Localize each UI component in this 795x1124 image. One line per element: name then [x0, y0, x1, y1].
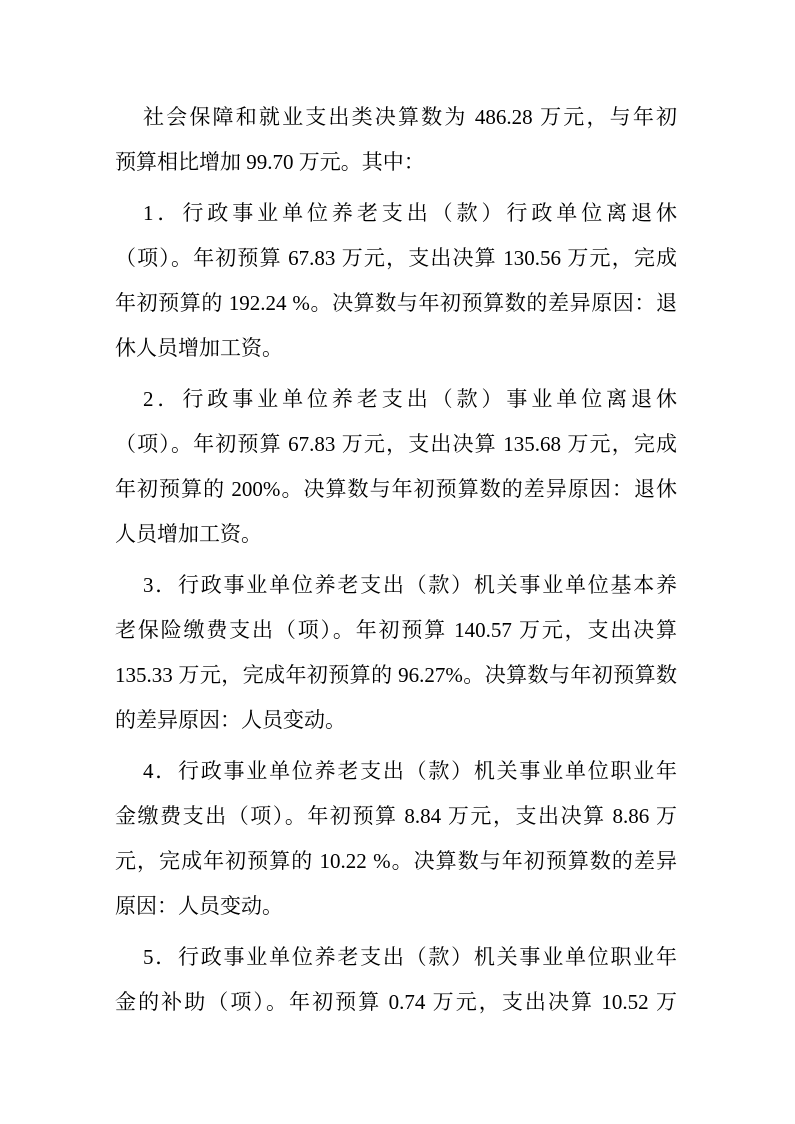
paragraph-item-2: 2．行政事业单位养老支出（款）事业单位离退休（项）。年初预算 67.83 万元，…	[115, 377, 677, 557]
text-line: 人员增加工资。	[115, 512, 677, 557]
text-line: 1．行政事业单位养老支出（款）行政单位离退休	[115, 191, 677, 236]
text-line: 金缴费支出（项）。年初预算 8.84 万元，支出决算 8.86 万	[115, 794, 677, 839]
paragraph-item-4: 4．行政事业单位养老支出（款）机关事业单位职业年金缴费支出（项）。年初预算 8.…	[115, 749, 677, 929]
text-line: （项）。年初预算 67.83 万元，支出决算 135.68 万元，完成	[115, 422, 677, 467]
text-line: 金的补助（项）。年初预算 0.74 万元，支出决算 10.52 万	[115, 980, 677, 1025]
text-line: 年初预算的 200%。决算数与年初预算数的差异原因：退休	[115, 467, 677, 512]
document-body: 社会保障和就业支出类决算数为 486.28 万元，与年初预算相比增加 99.70…	[115, 95, 677, 1025]
document-page: 社会保障和就业支出类决算数为 486.28 万元，与年初预算相比增加 99.70…	[0, 0, 795, 1124]
text-line: （项）。年初预算 67.83 万元，支出决算 130.56 万元，完成	[115, 236, 677, 281]
text-line: 4．行政事业单位养老支出（款）机关事业单位职业年	[115, 749, 677, 794]
text-line: 135.33 万元，完成年初预算的 96.27%。决算数与年初预算数	[115, 653, 677, 698]
text-line: 2．行政事业单位养老支出（款）事业单位离退休	[115, 377, 677, 422]
text-line: 的差异原因：人员变动。	[115, 698, 677, 743]
text-line: 社会保障和就业支出类决算数为 486.28 万元，与年初	[115, 95, 677, 140]
text-line: 3．行政事业单位养老支出（款）机关事业单位基本养	[115, 563, 677, 608]
text-line: 预算相比增加 99.70 万元。其中：	[115, 140, 677, 185]
text-line: 老保险缴费支出（项）。年初预算 140.57 万元，支出决算	[115, 608, 677, 653]
text-line: 休人员增加工资。	[115, 326, 677, 371]
paragraph-intro: 社会保障和就业支出类决算数为 486.28 万元，与年初预算相比增加 99.70…	[115, 95, 677, 185]
text-line: 元，完成年初预算的 10.22 %。决算数与年初预算数的差异	[115, 839, 677, 884]
text-line: 原因：人员变动。	[115, 884, 677, 929]
paragraph-item-1: 1．行政事业单位养老支出（款）行政单位离退休（项）。年初预算 67.83 万元，…	[115, 191, 677, 371]
text-line: 5．行政事业单位养老支出（款）机关事业单位职业年	[115, 935, 677, 980]
paragraph-item-5: 5．行政事业单位养老支出（款）机关事业单位职业年金的补助（项）。年初预算 0.7…	[115, 935, 677, 1025]
paragraph-item-3: 3．行政事业单位养老支出（款）机关事业单位基本养老保险缴费支出（项）。年初预算 …	[115, 563, 677, 743]
text-line: 年初预算的 192.24 %。决算数与年初预算数的差异原因：退	[115, 281, 677, 326]
